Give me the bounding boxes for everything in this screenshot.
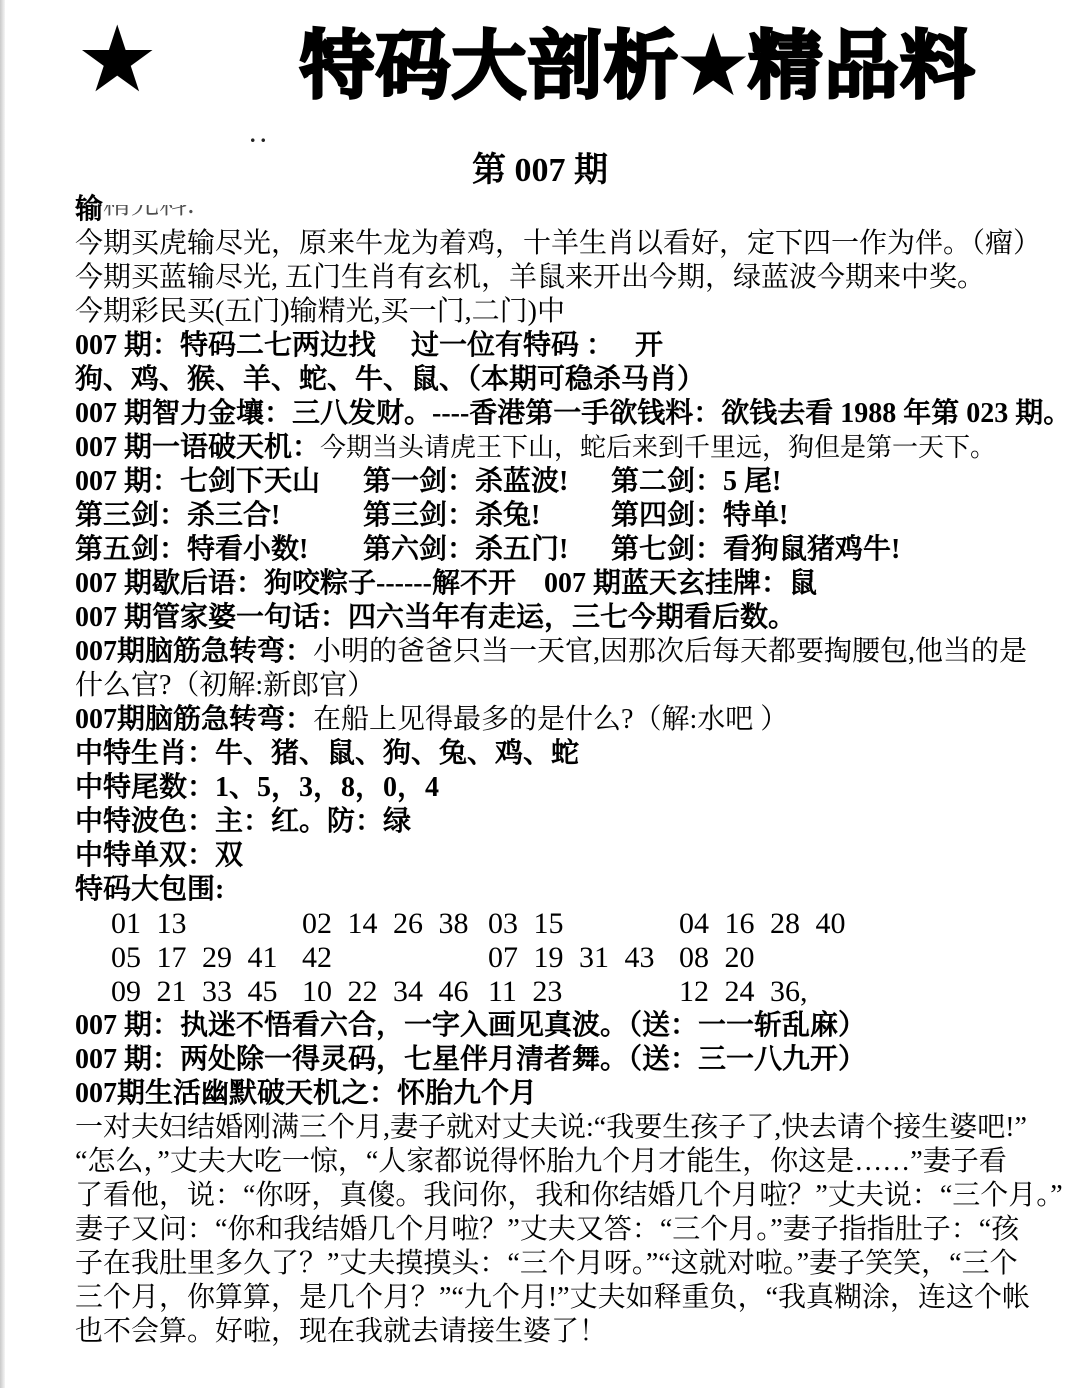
intro-line: 今期彩民买(五门)输精光,买一门,二门)中	[75, 295, 1030, 329]
intro-line: 今期买蓝输尽光, 五门生肖有玄机，羊鼠来开出今期，绿蓝波今期来中奖。	[75, 261, 1030, 295]
poem-line: 007 期：两处除一得灵码，七星伴月清者舞。（送：三一八九开）	[75, 1043, 1030, 1077]
number-cell: 10 22 34 46	[302, 975, 488, 1009]
tip-tianji-label: 007 期一语破天机：	[75, 432, 320, 463]
tip-special-code: 007 期：特码二七两边找 过一位有特码 ： 开	[75, 329, 1030, 363]
poem-line: 007 期：执迷不悟看六合，一字入画见真波。（送：一一斩乱麻）	[75, 1009, 1030, 1043]
tip-tianji-text: 今期当头请虎王下山，蛇后来到千里远，狗但是第一天下。	[320, 433, 996, 462]
humor-story-line: “怎么，”丈夫大吃一惊，“人家都说得怀胎九个月才能生，你这是……”妻子看	[75, 1145, 1030, 1179]
riddle-2-text: 在船上见得最多的是什么?（解:水吧 ）	[313, 704, 788, 735]
tip-wisdom: 007 期智力金壤：三八发财。----香港第一手欲钱料：欲钱去看 1988 年第…	[75, 397, 1030, 431]
riddle-2: 007期脑筋急转弯：在船上见得最多的是什么?（解:水吧 ）	[75, 703, 1030, 737]
humor-story-line: 一对夫妇结婚刚满三个月,妻子就对丈夫说:“我要生孩子了,快去请个接生婆吧!”	[75, 1111, 1030, 1145]
note-clipped-text: 精光料:	[103, 205, 253, 221]
document-body: 输精光料: 今期买虎输尽光，原来牛龙为着鸡，十羊生肖以看好，定下四一作为伴。（瘤…	[75, 193, 1030, 1349]
issue-number: 第 007 期	[0, 142, 1080, 191]
faded-header-note: 输精光料:	[75, 193, 1030, 227]
note-visible-char: 输	[75, 194, 103, 225]
intro-line: 今期买虎输尽光，原来牛龙为着鸡，十羊生肖以看好，定下四一作为伴。（瘤）	[75, 227, 1030, 261]
number-coverage-table: 01 13 02 14 26 38 03 15 04 16 28 40 05 1…	[111, 907, 1030, 1009]
humor-story-line: 三个月，你算算，是几个月？”“九个月!”丈夫如释重负，“我真糊涂，连这个帐	[75, 1281, 1030, 1315]
riddle-1: 007期脑筋急转弯：小明的爸爸只当一天官,因那次后每天都要掏腰包,他当的是	[75, 635, 1030, 669]
lottery-tip-sheet: ★ 特码大剖析★精品料 .. 第 007 期 输精光料: 今期买虎输尽光，原来牛…	[0, 0, 1080, 1388]
sword-row: 007 期：七剑下天山 第一剑：杀蓝波! 第二剑：5 尾!	[75, 465, 1030, 499]
zhongte-shengxiao: 中特生肖：牛、猪、鼠、狗、兔、鸡、蛇	[75, 737, 1030, 771]
tip-zodiac-kill: 狗、鸡、猴、羊、蛇、牛、鼠、（本期可稳杀马肖）	[75, 363, 1030, 397]
riddle-1-continuation: 什么官?（初解:新郎官）	[75, 669, 1030, 703]
riddle-1-label: 007期脑筋急转弯：	[75, 636, 313, 667]
humor-story-line: 也不会算。好啦，现在我就去请接生婆了！	[75, 1315, 1030, 1349]
riddle-1-text: 小明的爸爸只当一天官,因那次后每天都要掏腰包,他当的是	[313, 636, 1027, 667]
number-cell: 02 14 26 38	[302, 907, 488, 941]
sword-cell: 第一剑：杀蓝波!	[363, 465, 611, 499]
sword-cell: 第二剑：5 尾!	[611, 465, 1030, 499]
zhongte-bose: 中特波色：主：红。防：绿	[75, 805, 1030, 839]
sword-row: 第五剑：特看小数! 第六剑：杀五门! 第七剑：看狗鼠猪鸡牛!	[75, 533, 1030, 567]
number-cell: 08 20	[679, 941, 1030, 975]
sword-cell: 007 期：七剑下天山	[75, 465, 363, 499]
sword-cell: 第三剑：杀三合!	[75, 499, 363, 533]
number-cell: 04 16 28 40	[679, 907, 1030, 941]
humor-story-line: 妻子又问：“你和我结婚几个月啦？”丈夫又答：“三个月。”妻子指指肚子：“孩	[75, 1213, 1030, 1247]
number-cell: 11 23	[488, 975, 679, 1009]
number-cell: 42	[302, 941, 488, 975]
number-cell: 03 15	[488, 907, 679, 941]
star-icon: ★	[76, 14, 158, 106]
zhongte-weishu: 中特尾数：1、5，3，8，0，4	[75, 771, 1030, 805]
sword-cell: 第三剑：杀兔!	[363, 499, 611, 533]
baowei-label: 特码大包围:	[75, 873, 1030, 907]
humor-story-line: 子在我肚里多久了？”丈夫摸摸头：“三个月呀。”“这就对啦。”妻子笑笑，“三个	[75, 1247, 1030, 1281]
riddle-2-label: 007期脑筋急转弯：	[75, 704, 313, 735]
number-cell: 07 19 31 43	[488, 941, 679, 975]
tip-xiehouyu: 007 期歇后语：狗咬粽子------解不开 007 期蓝天玄挂牌：鼠	[75, 567, 1030, 601]
sword-cell: 第五剑：特看小数!	[75, 533, 363, 567]
sword-row: 第三剑：杀三合! 第三剑：杀兔! 第四剑：特单!	[75, 499, 1030, 533]
sword-cell: 第六剑：杀五门!	[363, 533, 611, 567]
scan-edge-shadow	[0, 0, 5, 1388]
number-cell: 12 24 36,	[679, 975, 1030, 1009]
sword-cell: 第七剑：看狗鼠猪鸡牛!	[611, 533, 1030, 567]
humor-story-line: 了看他，说：“你呀，真傻。我问你，我和你结婚几个月啦？”丈夫说：“三个月。”	[75, 1179, 1030, 1213]
number-cell: 05 17 29 41	[111, 941, 302, 975]
zhongte-danshuang: 中特单双：双	[75, 839, 1030, 873]
tip-tianji: 007 期一语破天机：今期当头请虎王下山，蛇后来到千里远，狗但是第一天下。	[75, 431, 1030, 465]
humor-headline: 007期生活幽默破天机之：怀胎九个月	[75, 1077, 1030, 1111]
number-cell: 01 13	[111, 907, 302, 941]
page-title: 特码大剖析★精品料	[300, 18, 976, 114]
tip-guanjiapo: 007 期管家婆一句话：四六当年有走运，三七今期看后数。	[75, 601, 1030, 635]
number-cell: 09 21 33 45	[111, 975, 302, 1009]
sword-cell: 第四剑：特单!	[611, 499, 1030, 533]
